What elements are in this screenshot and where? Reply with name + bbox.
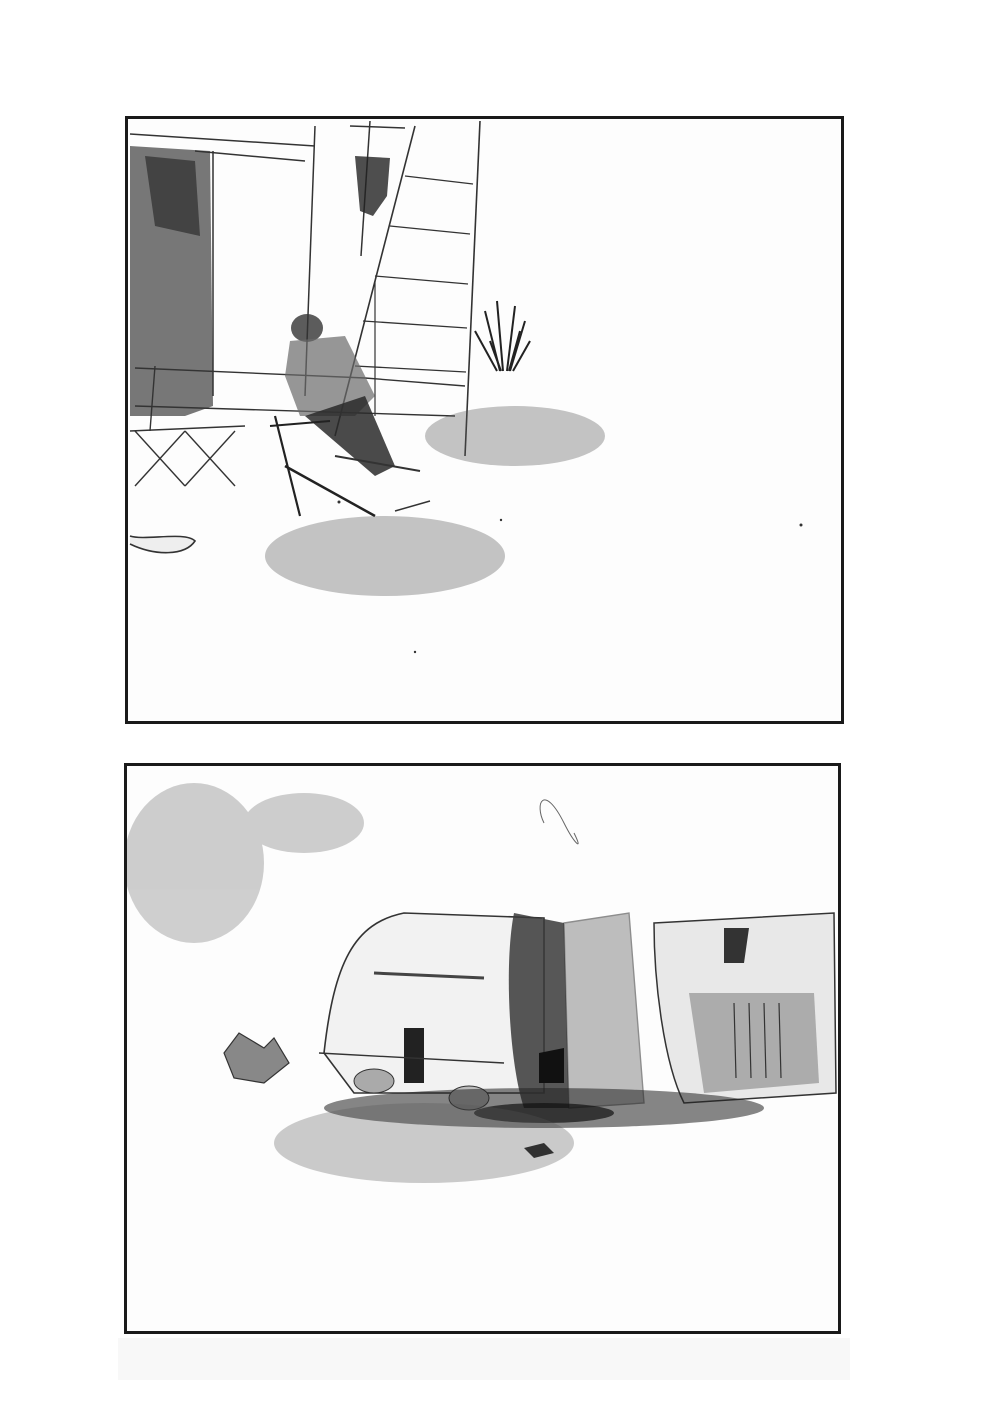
- panel-2-illustration: [124, 763, 841, 1334]
- comic-panel-2: [124, 763, 841, 1334]
- comic-panel-1: [125, 116, 844, 724]
- comic-page: [0, 0, 1000, 1419]
- panel-1-illustration: [125, 116, 844, 724]
- paper-edge: [118, 1338, 850, 1380]
